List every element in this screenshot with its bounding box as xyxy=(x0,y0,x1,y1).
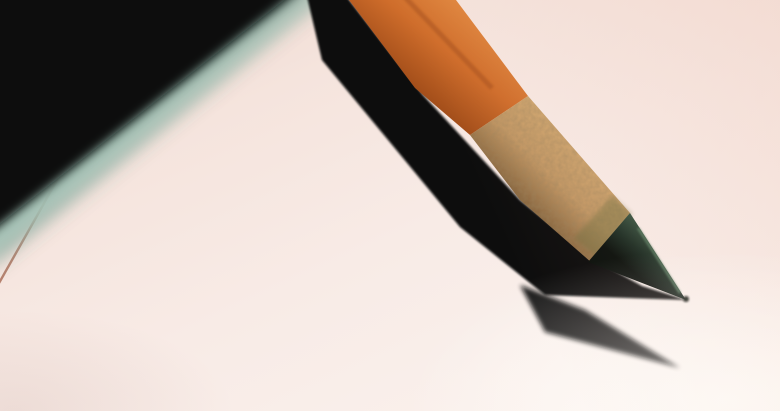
answer-sheet-paper xyxy=(0,0,780,411)
form-margin-line xyxy=(0,72,118,292)
form-margin-line-layer xyxy=(0,0,780,411)
scantron-photo-scene xyxy=(0,0,780,411)
